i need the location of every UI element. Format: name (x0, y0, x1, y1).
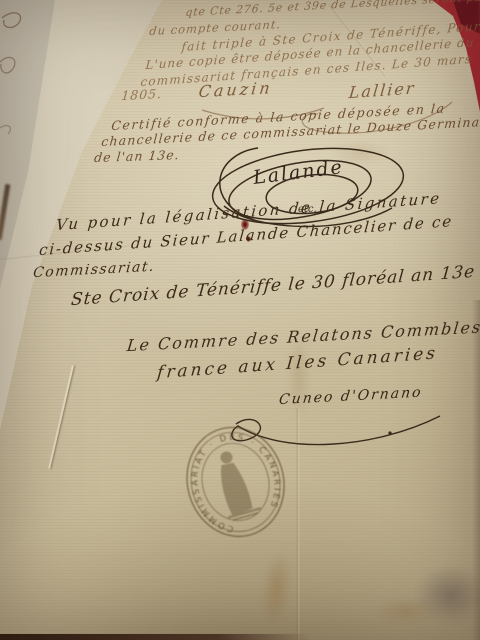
table-edge-bottom (0, 634, 310, 640)
page-edge-shadow-right (472, 300, 480, 640)
under-sheet-ink-marks (0, 0, 60, 150)
photo-frame: qte Cte 276. 5e et 39e de Lesquelles ser… (0, 0, 480, 640)
